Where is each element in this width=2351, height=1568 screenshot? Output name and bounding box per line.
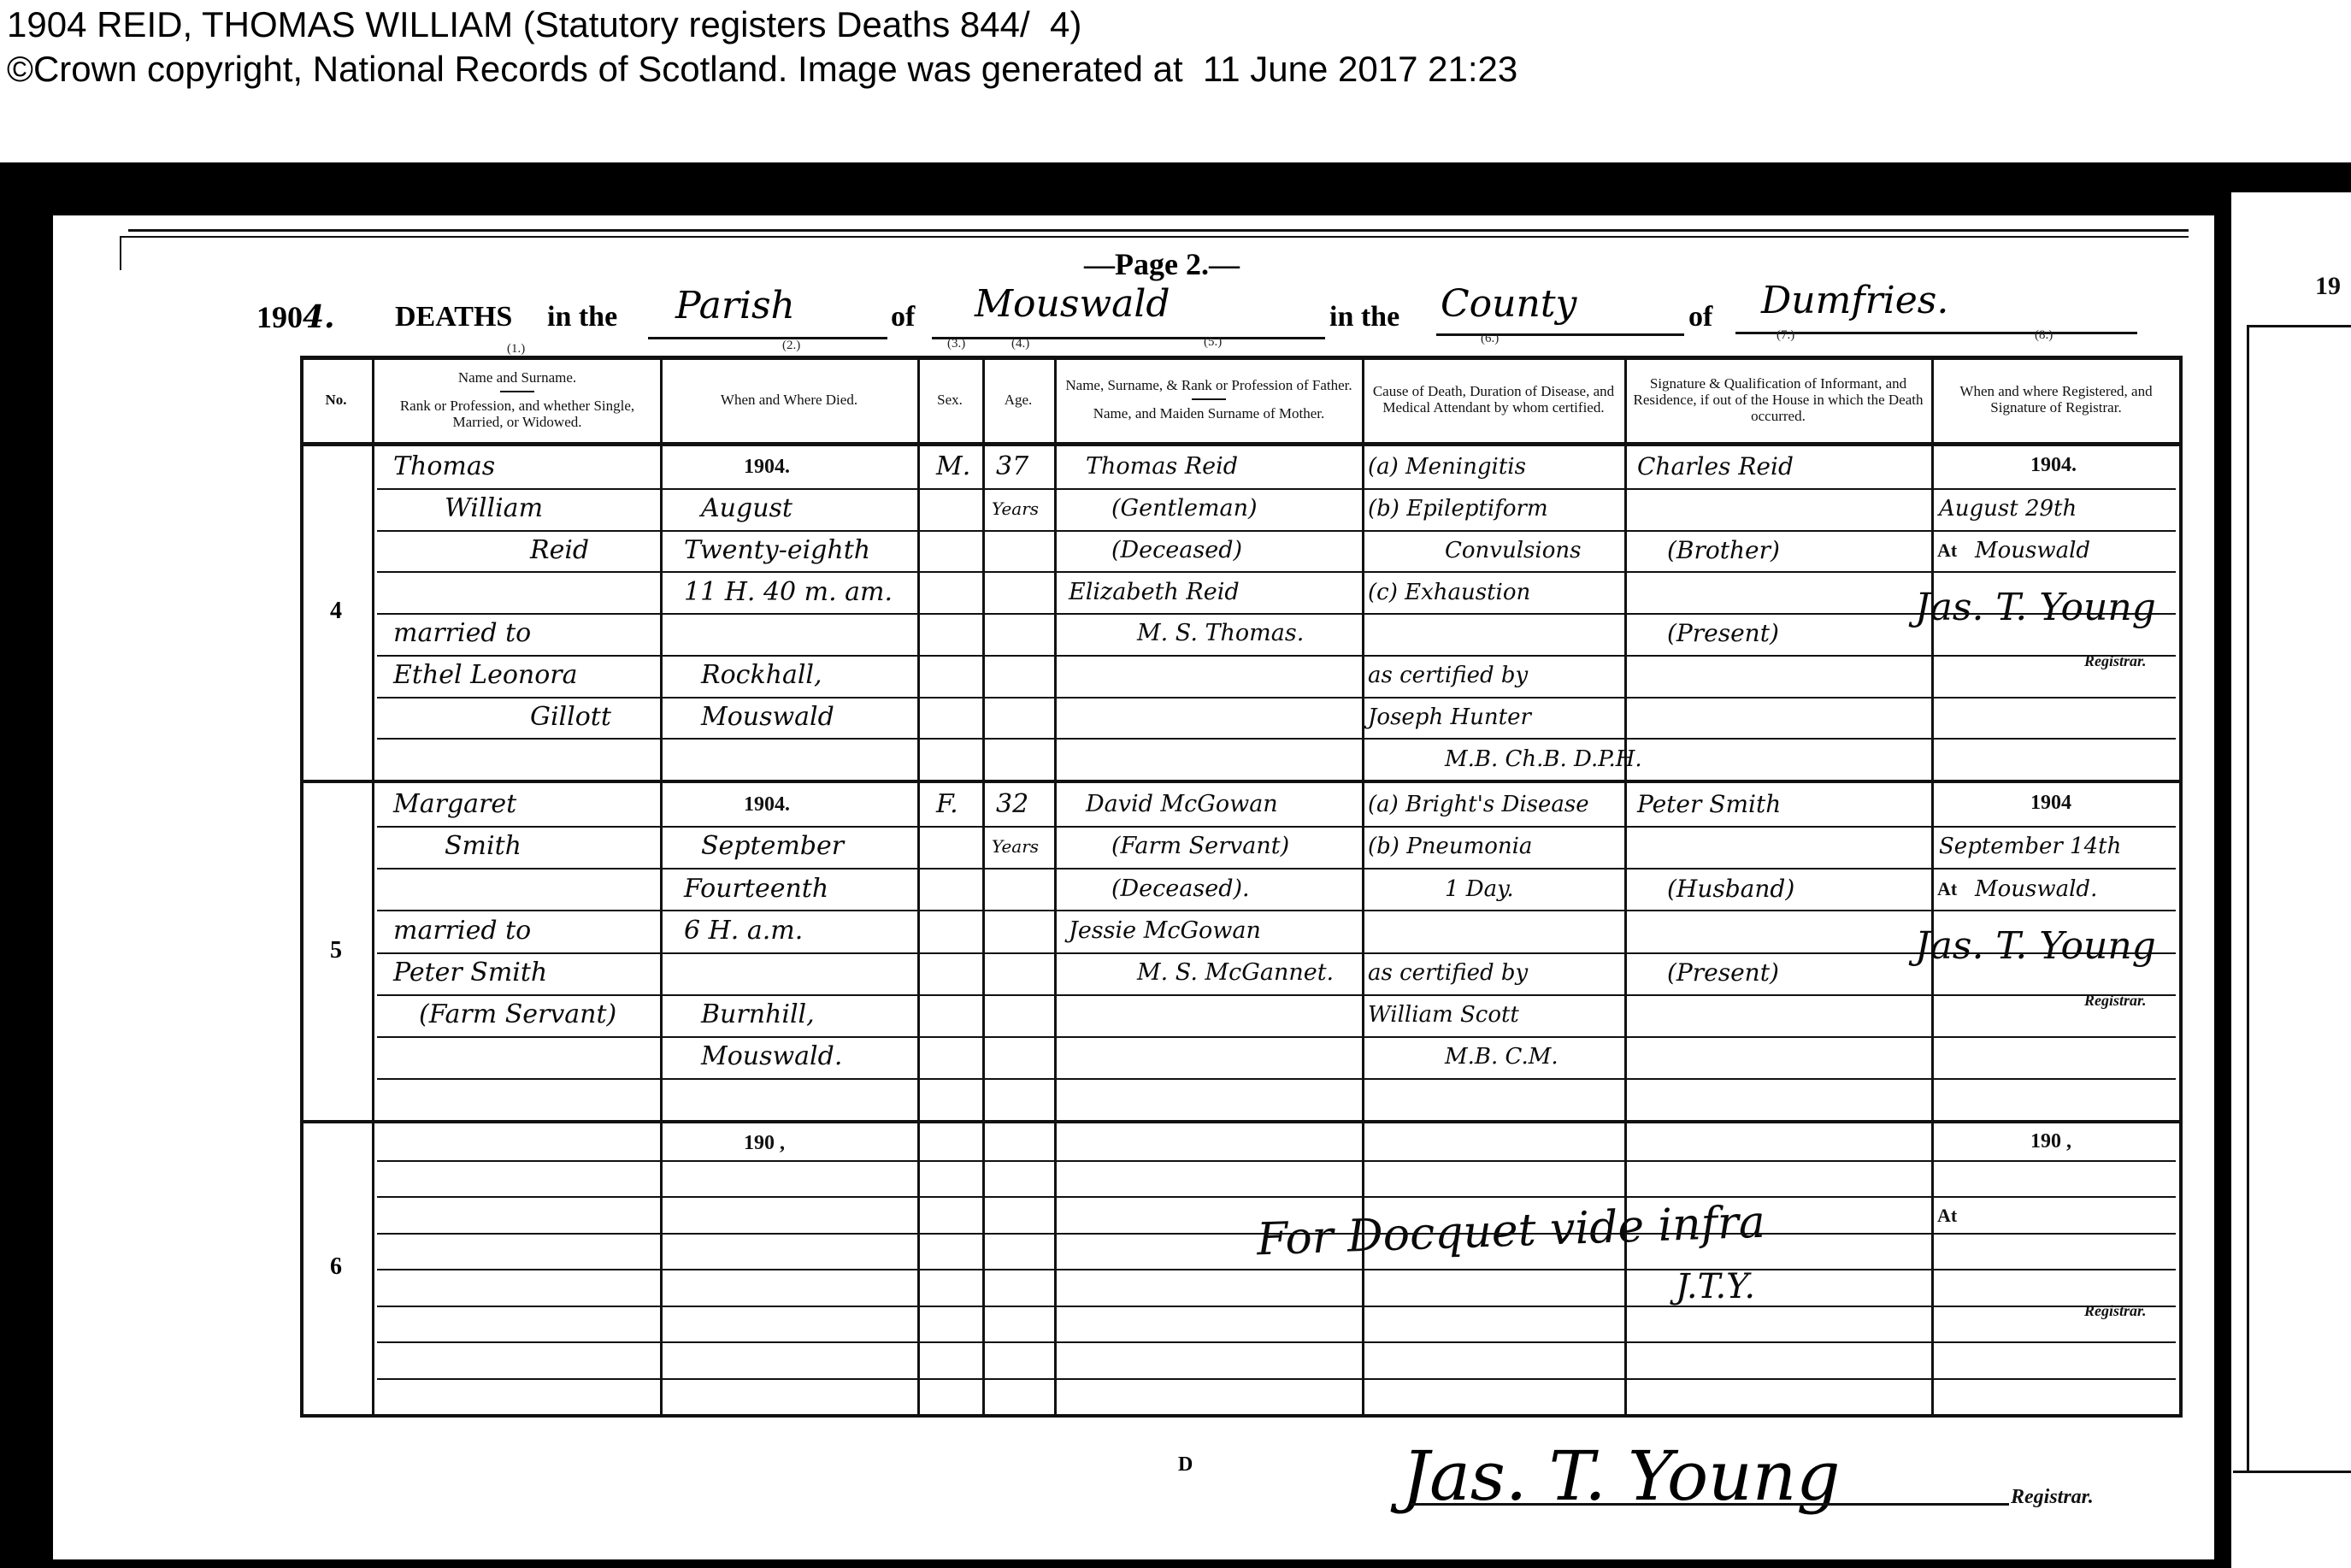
header-cause: Cause of Death, Duration of Disease, and… bbox=[1364, 357, 1623, 441]
parents-line: M. S. Thomas. bbox=[1137, 619, 1304, 648]
cause-of-death-line: 1 Day. bbox=[1445, 875, 1514, 904]
docquet-initials: J.T.Y. bbox=[1676, 1272, 1755, 1301]
cause-of-death-line: M.B. Ch.B. D.P.H. bbox=[1445, 745, 1642, 774]
deceased-name-line: Gillott bbox=[530, 703, 611, 732]
registered-at-label: At bbox=[1937, 539, 1957, 562]
informant-line: (Husband) bbox=[1667, 875, 1794, 904]
when-where-line: Rockhall, bbox=[701, 661, 822, 690]
cause-of-death-line: (b) Pneumonia bbox=[1368, 832, 1532, 861]
header-parents: Name, Surname, & Rank or Profession of F… bbox=[1057, 357, 1361, 441]
registered-year: 1904 bbox=[2030, 792, 2071, 815]
cause-of-death-line: Convulsions bbox=[1445, 536, 1581, 565]
informant-line: (Present) bbox=[1667, 619, 1779, 648]
death-year: 1904. bbox=[744, 456, 790, 479]
deceased-name-line: Smith bbox=[445, 832, 521, 861]
registered-date: September 14th bbox=[1939, 832, 2121, 861]
when-where-line: Burnhill, bbox=[701, 1000, 815, 1029]
death-year: 190 , bbox=[744, 1132, 785, 1155]
parents-line: Thomas Reid bbox=[1086, 452, 1238, 481]
register-year: 1904. bbox=[256, 299, 335, 335]
record-caption-title: 1904 REID, THOMAS WILLIAM (Statutory reg… bbox=[7, 3, 1081, 46]
deceased-name-line: William bbox=[445, 494, 543, 523]
header-name: Name and Surname. Rank or Profession, an… bbox=[376, 357, 658, 441]
cause-of-death-line: (b) Epileptiform bbox=[1368, 494, 1548, 523]
deceased-name-line: married to bbox=[393, 619, 531, 648]
cause-of-death-line: Joseph Hunter bbox=[1368, 703, 1531, 732]
division-type: Parish bbox=[675, 284, 795, 327]
deceased-name-line: Reid bbox=[530, 536, 589, 565]
informant-line: (Brother) bbox=[1667, 536, 1780, 565]
when-where-line: September bbox=[701, 832, 844, 861]
deceased-name-line: Peter Smith bbox=[393, 958, 547, 987]
when-where-line: 11 H. 40 m. am. bbox=[684, 578, 893, 607]
age-value: 37 bbox=[996, 452, 1028, 481]
adjacent-page bbox=[2231, 192, 2351, 1568]
when-where-line: Mouswald bbox=[701, 703, 834, 732]
age-unit: Years bbox=[992, 494, 1039, 523]
header-no: No. bbox=[300, 357, 372, 441]
registrar-signature: Jas. T. Young bbox=[1915, 932, 2156, 961]
deceased-name-line: Ethel Leonora bbox=[393, 661, 578, 690]
registrar-label: Registrar. bbox=[2084, 992, 2147, 1010]
parents-line: M. S. McGannet. bbox=[1137, 958, 1334, 987]
cause-of-death-line: (a) Bright's Disease bbox=[1368, 790, 1589, 819]
cause-of-death-line: as certified by bbox=[1368, 958, 1528, 987]
registered-place: Mouswald. bbox=[1975, 875, 2097, 904]
parents-line: Elizabeth Reid bbox=[1069, 578, 1240, 607]
death-year: 1904. bbox=[744, 793, 790, 816]
informant-line: (Present) bbox=[1667, 958, 1779, 987]
docquet-note: For Docquet vide infra bbox=[1257, 1208, 1766, 1255]
when-where-line: 6 H. a.m. bbox=[684, 917, 803, 946]
when-where-line: August bbox=[701, 494, 793, 523]
registrar-signature: Jas. T. Young bbox=[1915, 593, 2156, 622]
deceased-name-line: married to bbox=[393, 917, 531, 946]
page-label: —Page 2.— bbox=[1084, 246, 1240, 282]
age-unit: Years bbox=[992, 832, 1039, 861]
registered-year: 1904. bbox=[2030, 454, 2077, 477]
deceased-name-line: (Farm Servant) bbox=[419, 1000, 616, 1029]
registrar-label: Registrar. bbox=[2084, 652, 2147, 670]
parents-line: (Deceased) bbox=[1111, 536, 1242, 565]
header-age: Age. bbox=[983, 357, 1053, 441]
age-value: 32 bbox=[996, 790, 1028, 819]
entry-number: 4 bbox=[300, 598, 372, 625]
parish-name: Mouswald bbox=[975, 282, 1170, 326]
cause-of-death-line: M.B. C.M. bbox=[1445, 1042, 1558, 1071]
entry-number: 5 bbox=[300, 937, 372, 964]
header-informant: Signature & Qualification of Informant, … bbox=[1626, 357, 1930, 441]
informant-line: Peter Smith bbox=[1637, 790, 1781, 819]
cause-of-death-line: (c) Exhaustion bbox=[1368, 578, 1530, 607]
header-sex: Sex. bbox=[919, 357, 981, 441]
registered-place: Mouswald bbox=[1975, 536, 2090, 565]
record-caption-copyright: ©Crown copyright, National Records of Sc… bbox=[7, 48, 1517, 91]
informant-line: Charles Reid bbox=[1637, 452, 1794, 481]
parents-line: (Deceased). bbox=[1111, 875, 1250, 904]
registered-year: 190 , bbox=[2030, 1130, 2071, 1153]
when-where-line: Twenty-eighth bbox=[684, 536, 870, 565]
registered-at-label: At bbox=[1937, 1205, 1957, 1227]
when-where-line: Fourteenth bbox=[684, 875, 828, 904]
cause-of-death-line: (a) Meningitis bbox=[1368, 452, 1526, 481]
sex-value: F. bbox=[936, 790, 958, 819]
parents-line: David McGowan bbox=[1086, 790, 1278, 819]
adjacent-page-year: 19 bbox=[2315, 272, 2341, 301]
parents-line: (Gentleman) bbox=[1111, 494, 1258, 523]
deceased-name-line: Thomas bbox=[393, 452, 495, 481]
county-name: Dumfries. bbox=[1761, 279, 1948, 322]
when-where-line: Mouswald. bbox=[701, 1042, 842, 1071]
header-registered: When and where Registered, and Signature… bbox=[1934, 357, 2178, 441]
registered-date: August 29th bbox=[1939, 494, 2077, 523]
parents-line: Jessie McGowan bbox=[1069, 917, 1261, 946]
sex-value: M. bbox=[936, 452, 970, 481]
cause-of-death-line: as certified by bbox=[1368, 661, 1528, 690]
county-type: County bbox=[1441, 282, 1576, 326]
entry-number: 6 bbox=[300, 1253, 372, 1281]
header-when-where: When and Where Died. bbox=[663, 357, 916, 441]
footer-letter: D bbox=[1178, 1453, 1193, 1477]
registrar-label: Registrar. bbox=[2084, 1302, 2147, 1320]
deaths-heading: DEATHS bbox=[395, 301, 512, 333]
deceased-name-line: Margaret bbox=[393, 790, 516, 819]
cause-of-death-line: William Scott bbox=[1368, 1000, 1519, 1029]
registered-at-label: At bbox=[1937, 878, 1957, 900]
footer-registrar-label: Registrar. bbox=[2011, 1486, 2094, 1509]
parents-line: (Farm Servant) bbox=[1111, 832, 1289, 861]
